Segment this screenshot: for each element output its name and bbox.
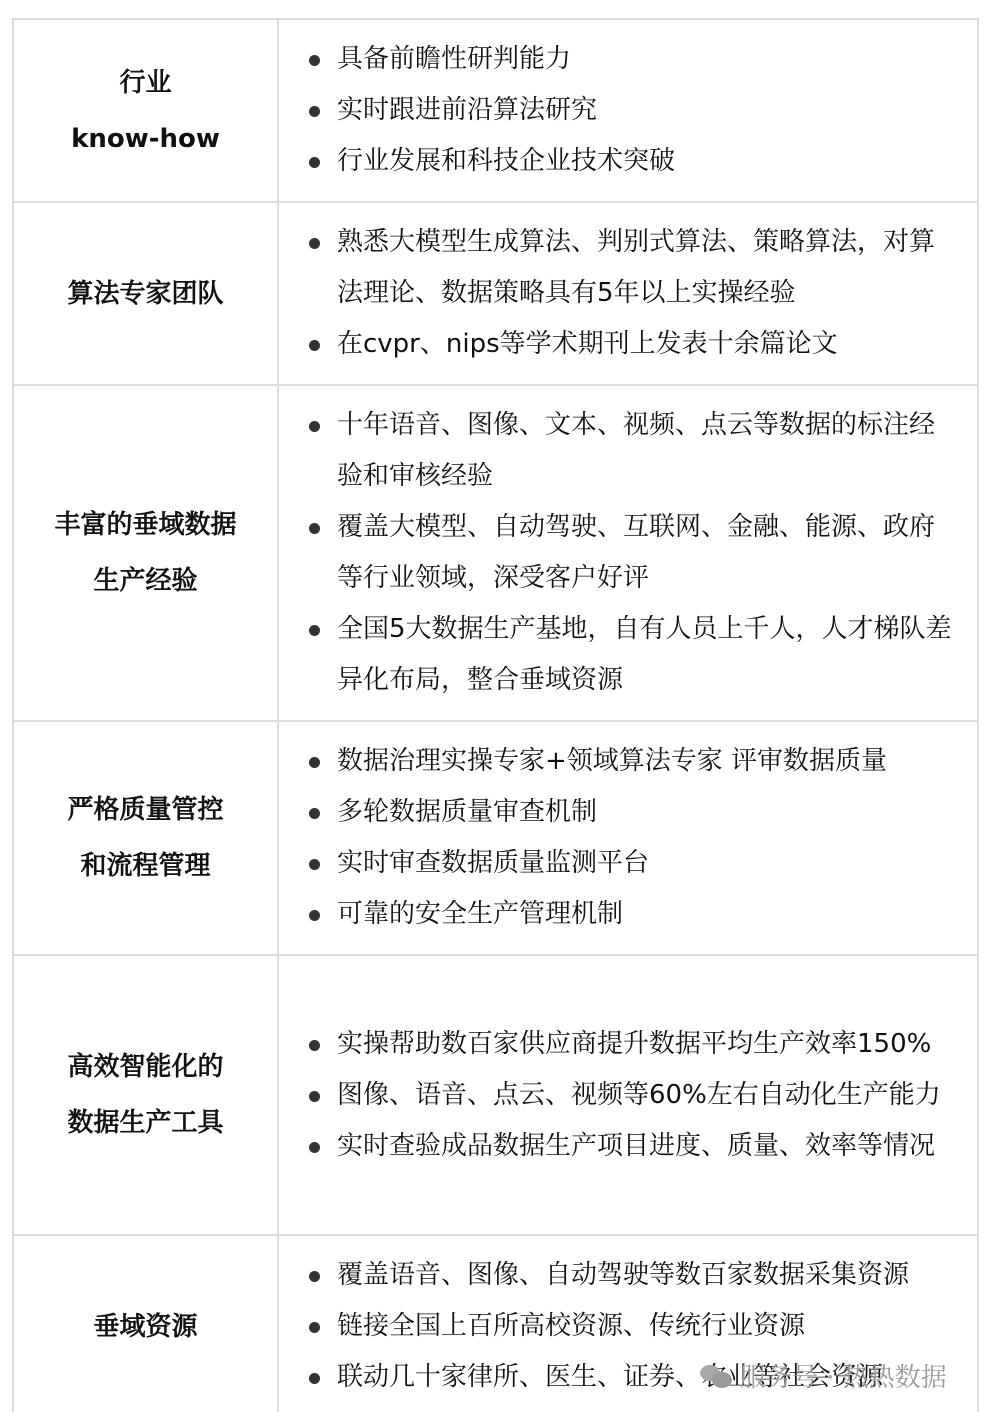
- bullet-item: 全国5大数据生产基地，自有人员上千人，人才梯队差异化布局，整合垂域资源: [305, 604, 959, 706]
- row-label-line: 行业: [24, 55, 267, 111]
- row-content: 实操帮助数百家供应商提升数据平均生产效率150%图像、语音、点云、视频等60%左…: [278, 955, 978, 1235]
- bullet-item: 覆盖语音、图像、自动驾驶等数百家数据采集资源: [305, 1250, 959, 1301]
- row-label-line: 丰富的垂域数据: [24, 497, 267, 553]
- bullet-item: 实时查验成品数据生产项目进度、质量、效率等情况: [305, 1121, 959, 1172]
- table-row: 丰富的垂域数据生产经验十年语音、图像、文本、视频、点云等数据的标注经验和审核经验…: [13, 385, 978, 721]
- table-row: 行业know-how具备前瞻性研判能力实时跟进前沿算法研究行业发展和科技企业技术…: [13, 19, 978, 202]
- row-label-line: 数据生产工具: [24, 1095, 267, 1151]
- row-label: 算法专家团队: [13, 202, 278, 385]
- row-label-line: 垂域资源: [24, 1299, 267, 1355]
- row-label: 丰富的垂域数据生产经验: [13, 385, 278, 721]
- row-label: 严格质量管控和流程管理: [13, 721, 278, 955]
- bullet-item: 熟悉大模型生成算法、判别式算法、策略算法，对算法理论、数据策略具有5年以上实操经…: [305, 217, 959, 319]
- row-label: 垂域资源: [13, 1235, 278, 1412]
- row-label-line: know-how: [24, 111, 267, 167]
- row-label-line: 严格质量管控: [24, 782, 267, 838]
- bullet-list: 具备前瞻性研判能力实时跟进前沿算法研究行业发展和科技企业技术突破: [305, 34, 959, 187]
- row-label: 行业know-how: [13, 19, 278, 202]
- row-content: 熟悉大模型生成算法、判别式算法、策略算法，对算法理论、数据策略具有5年以上实操经…: [278, 202, 978, 385]
- wechat-icon: [700, 1363, 734, 1389]
- row-label: 高效智能化的数据生产工具: [13, 955, 278, 1235]
- bullet-item: 实时审查数据质量监测平台: [305, 838, 959, 889]
- bullet-item: 在cvpr、nips等学术期刊上发表十余篇论文: [305, 319, 959, 370]
- table-row: 高效智能化的数据生产工具实操帮助数百家供应商提升数据平均生产效率150%图像、语…: [13, 955, 978, 1235]
- row-label-line: 高效智能化的: [24, 1039, 267, 1095]
- row-content: 十年语音、图像、文本、视频、点云等数据的标注经验和审核经验覆盖大模型、自动驾驶、…: [278, 385, 978, 721]
- bullet-item: 实时跟进前沿算法研究: [305, 85, 959, 136]
- bullet-item: 链接全国上百所高校资源、传统行业资源: [305, 1301, 959, 1352]
- table-row: 严格质量管控和流程管理数据治理实操专家+领域算法专家 评审数据质量多轮数据质量审…: [13, 721, 978, 955]
- bullet-item: 十年语音、图像、文本、视频、点云等数据的标注经验和审核经验: [305, 400, 959, 502]
- capabilities-table: 行业know-how具备前瞻性研判能力实时跟进前沿算法研究行业发展和科技企业技术…: [12, 18, 979, 1412]
- bullet-list: 十年语音、图像、文本、视频、点云等数据的标注经验和审核经验覆盖大模型、自动驾驶、…: [305, 400, 959, 706]
- bullet-item: 多轮数据质量审查机制: [305, 787, 959, 838]
- row-content: 具备前瞻性研判能力实时跟进前沿算法研究行业发展和科技企业技术突破: [278, 19, 978, 202]
- bullet-list: 数据治理实操专家+领域算法专家 评审数据质量多轮数据质量审查机制实时审查数据质量…: [305, 736, 959, 940]
- watermark: 服务号 · 热热数据: [700, 1357, 947, 1394]
- row-label-line: 和流程管理: [24, 838, 267, 894]
- watermark-text: 服务号 · 热热数据: [740, 1357, 947, 1394]
- bullet-item: 图像、语音、点云、视频等60%左右自动化生产能力: [305, 1070, 959, 1121]
- row-label-line: 算法专家团队: [24, 266, 267, 322]
- table-row: 算法专家团队熟悉大模型生成算法、判别式算法、策略算法，对算法理论、数据策略具有5…: [13, 202, 978, 385]
- bullet-list: 实操帮助数百家供应商提升数据平均生产效率150%图像、语音、点云、视频等60%左…: [305, 1019, 959, 1172]
- bullet-item: 实操帮助数百家供应商提升数据平均生产效率150%: [305, 1019, 959, 1070]
- bullet-item: 覆盖大模型、自动驾驶、互联网、金融、能源、政府等行业领域，深受客户好评: [305, 502, 959, 604]
- bullet-item: 可靠的安全生产管理机制: [305, 889, 959, 940]
- row-label-line: 生产经验: [24, 553, 267, 609]
- bullet-item: 行业发展和科技企业技术突破: [305, 136, 959, 187]
- bullet-list: 熟悉大模型生成算法、判别式算法、策略算法，对算法理论、数据策略具有5年以上实操经…: [305, 217, 959, 370]
- bullet-item: 具备前瞻性研判能力: [305, 34, 959, 85]
- row-content: 数据治理实操专家+领域算法专家 评审数据质量多轮数据质量审查机制实时审查数据质量…: [278, 721, 978, 955]
- bullet-item: 数据治理实操专家+领域算法专家 评审数据质量: [305, 736, 959, 787]
